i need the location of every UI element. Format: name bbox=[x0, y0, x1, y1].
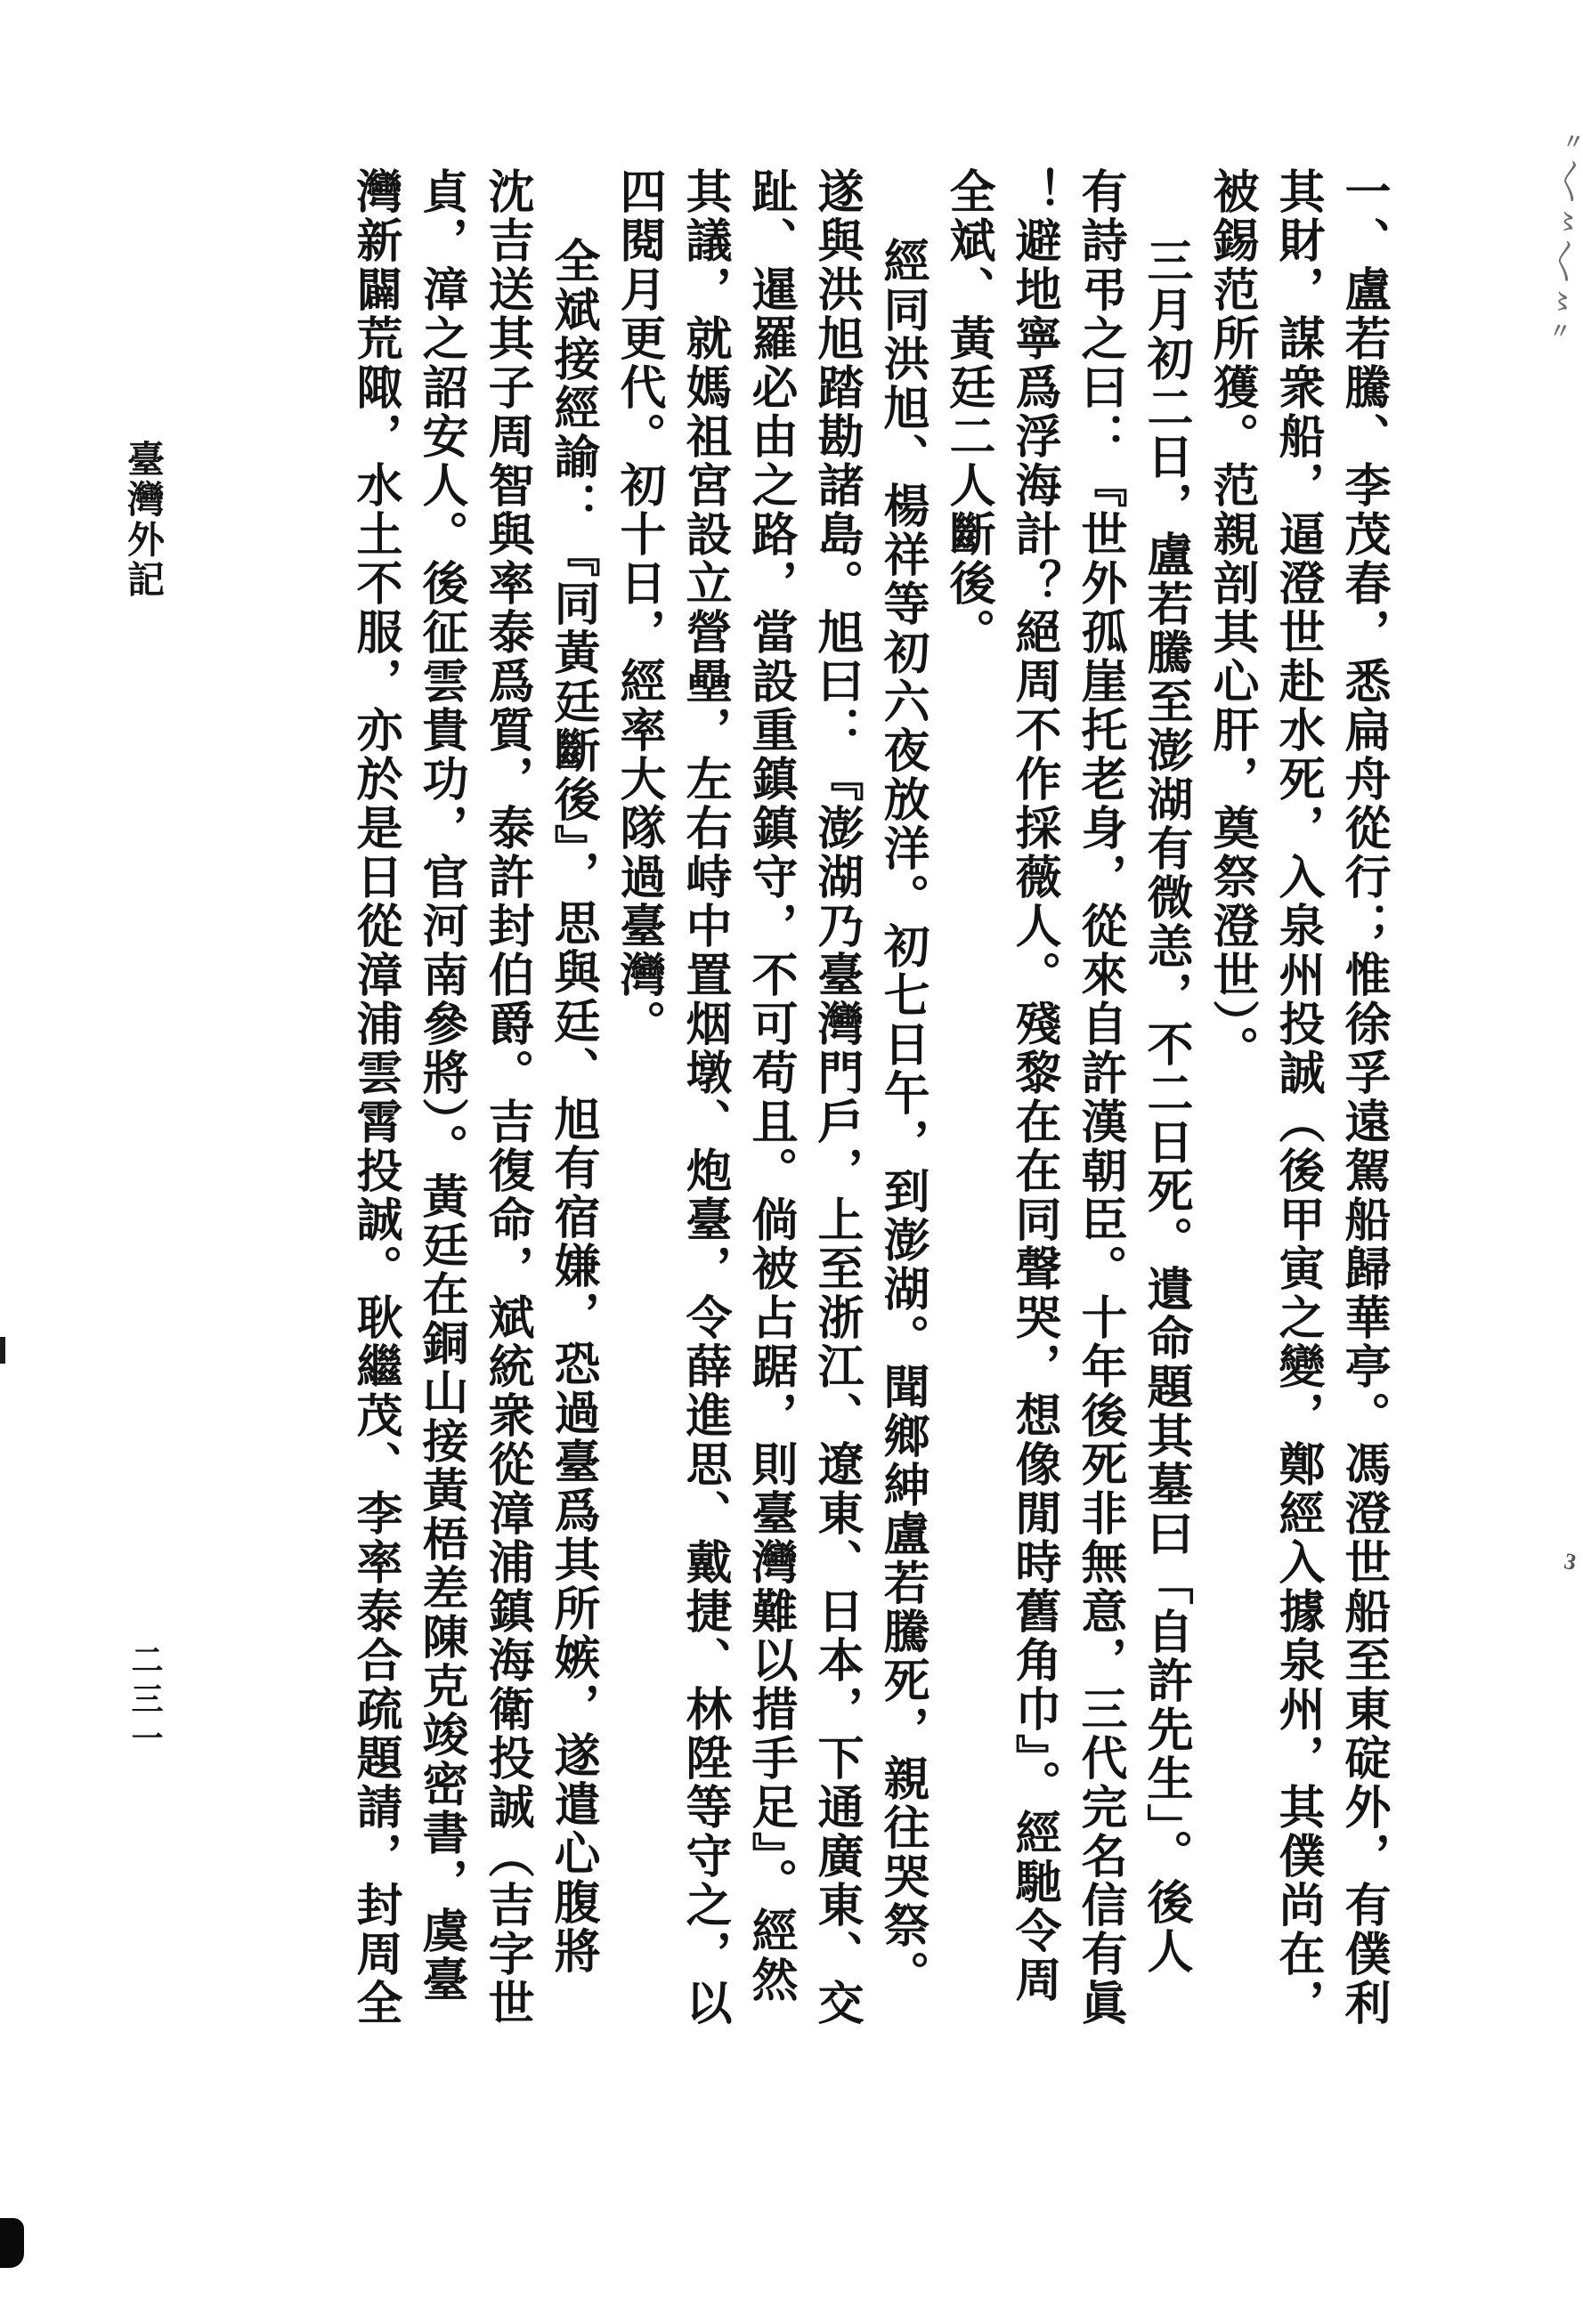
text-column: 沈吉送其子周智與率泰爲質，泰許封伯爵。吉復命，斌統衆從漳浦鎮海衛投誠（吉字世 bbox=[478, 167, 533, 2157]
text-column: 趾、暹羅必由之路，當設重鎮鎮守，不可苟且。倘被占踞，則臺灣難以措手足』。經然 bbox=[742, 167, 797, 2157]
text-column: 遂與洪旭踏勘諸島。旭曰：『澎湖乃臺灣門戶，上至浙江、遼東、日本，下通廣東、交 bbox=[808, 167, 863, 2157]
text-column: 一、盧若騰、李茂春，悉扁舟從行；惟徐孚遠駕船歸華亭。馮澄世船至東碇外，有僕利 bbox=[1335, 167, 1390, 2157]
handwritten-marginalia: 〃〳〵〻〳〵〻〃 bbox=[1540, 129, 1583, 350]
pencil-mark: 3 bbox=[1562, 1548, 1579, 1576]
text-column: 全斌、黃廷二人斷後。 bbox=[939, 167, 994, 2157]
text-column: 貞，漳之詔安人。後征雲貴功，官河南參將）。黃廷在銅山接黃梧差陳克竣密書，虞臺 bbox=[412, 167, 467, 2157]
text-column: 三月初二日，盧若騰至澎湖有微恙，不二日死。遺命題其墓曰「自許先生」。後人 bbox=[1137, 167, 1192, 2157]
text-column: 灣新闢荒陬，水土不服，亦於是日從漳浦雲霄投誠。耿繼茂、李率泰合疏題請，封周全 bbox=[346, 167, 402, 2157]
text-column: 被錫范所獲。范親剖其心肝，奠祭澄世）。 bbox=[1203, 167, 1258, 2157]
ink-smudge bbox=[0, 1337, 5, 1364]
scanned-book-page: 一、盧若騰、李茂春，悉扁舟從行；惟徐孚遠駕船歸華亭。馮澄世船至東碇外，有僕利 其… bbox=[0, 0, 1583, 2324]
text-block: 一、盧若騰、李茂春，悉扁舟從行；惟徐孚遠駕船歸華亭。馮澄世船至東碇外，有僕利 其… bbox=[336, 167, 1400, 2157]
text-column: 四閱月更代。初十日，經率大隊過臺灣。 bbox=[610, 167, 665, 2157]
text-column: 全斌接經諭：『同黃廷斷後』，思與廷、旭有宿嫌，恐過臺爲其所嫉，遂遣心腹將 bbox=[544, 167, 599, 2157]
page-number: 二三一 bbox=[123, 1643, 168, 1761]
text-column: ！避地寧爲浮海計？絕周不作採薇人。殘黎在在同聲哭，想像閒時舊角巾』。經馳令周 bbox=[1005, 167, 1060, 2157]
book-title-margin: 臺灣外記 bbox=[116, 440, 169, 600]
text-column: 其議，就媽祖宮設立營壘，左右峙中置烟墩、炮臺，令薛進思、戴捷、林陞等守之，以 bbox=[676, 167, 731, 2157]
text-column: 有詩弔之曰：『世外孤崖托老身，從來自許漢朝臣。十年後死非無意，三代完名信有眞 bbox=[1071, 167, 1126, 2157]
ink-smudge bbox=[0, 2218, 24, 2268]
text-column: 其財，謀衆船，逼澄世赴水死，入泉州投誠（後甲寅之變，鄭經入據泉州，其僕尚在， bbox=[1269, 167, 1324, 2157]
text-column: 經同洪旭、楊祥等初六夜放洋。初七日午，到澎湖。聞鄉紳盧若騰死，親往哭祭。 bbox=[873, 167, 929, 2157]
